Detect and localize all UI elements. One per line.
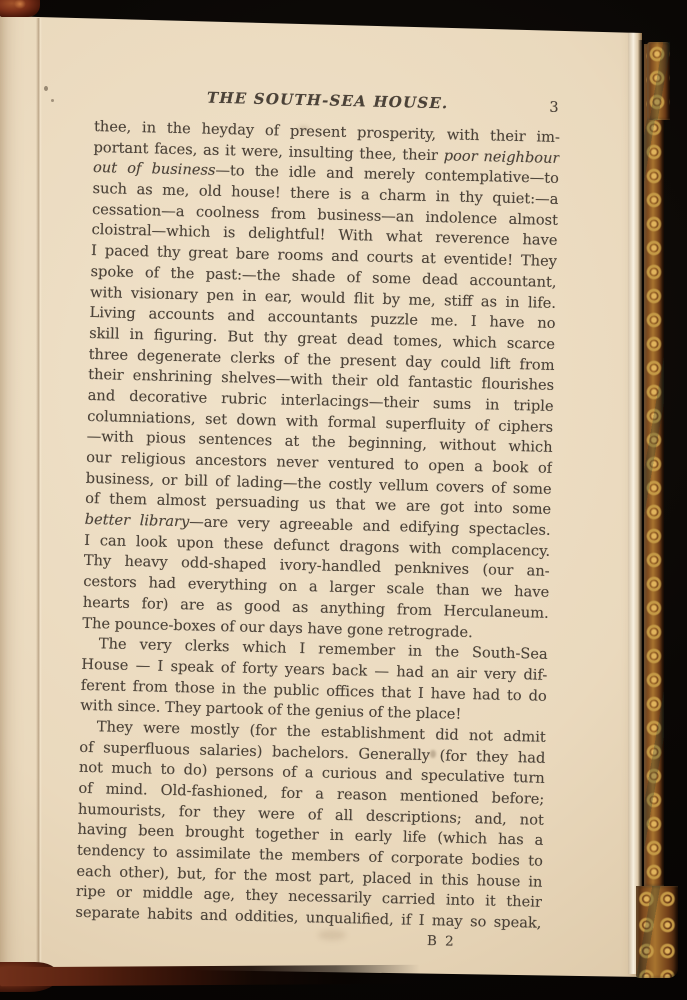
page-number: 3 xyxy=(549,99,559,118)
text-block: thee, in the heyday of present prosperit… xyxy=(75,117,560,935)
leather-corner-top-left xyxy=(0,0,40,17)
gilt-fore-edge-top xyxy=(647,42,670,120)
gilt-fore-edge-corner xyxy=(636,886,678,978)
page-content: THE SOUTH-SEA HOUSE. 3 thee, in the heyd… xyxy=(75,86,561,953)
italic-text: better library xyxy=(85,511,190,530)
page-stain xyxy=(44,86,48,91)
printer-signature: B 2 xyxy=(427,932,541,953)
book-photo: THE SOUTH-SEA HOUSE. 3 thee, in the heyd… xyxy=(0,0,687,1000)
page-stain xyxy=(51,99,54,102)
running-head: THE SOUTH-SEA HOUSE. 3 xyxy=(95,86,561,116)
book-page: THE SOUTH-SEA HOUSE. 3 thee, in the heyd… xyxy=(0,0,642,1000)
italic-text: out of business xyxy=(93,159,216,179)
board-edge-bottom xyxy=(0,965,420,987)
gutter-crease xyxy=(36,18,42,966)
page-header-title: THE SOUTH-SEA HOUSE. xyxy=(95,86,561,116)
italic-text: poor neighbour xyxy=(444,147,560,167)
gilt-fore-edge xyxy=(644,44,664,886)
